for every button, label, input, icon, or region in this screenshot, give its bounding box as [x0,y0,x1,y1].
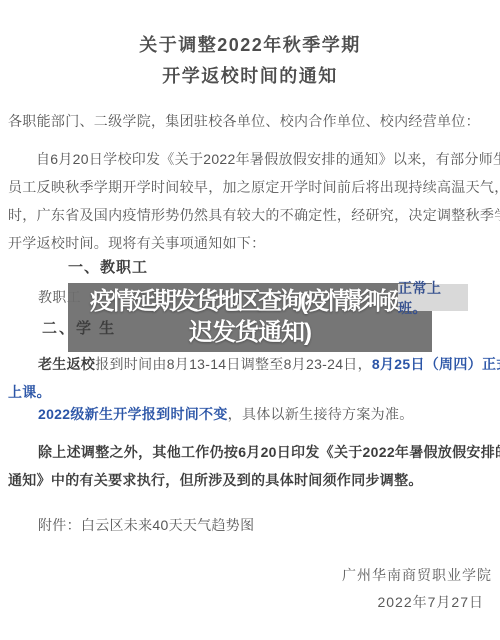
intro-line-1: 自6月20日学校印发《关于2022年暑假放假安排的通知》以来，有部分师生 [36,149,500,169]
freshmen-line: 2022级新生开学报到时间不变，具体以新生接待方案为准。 [38,404,414,424]
old-students-blue: 8月25日（周四）正式 [372,356,500,372]
caption-line1: 疫情延期发货地区查询(疫情影响延 [90,287,410,317]
signature-org: 广州华南商贸职业学院 [342,565,492,585]
attachment-line: 附件：白云区未来40天天气趋势图 [38,515,254,535]
staff-line-patch: 正常上班。 [398,284,468,311]
section-heading-staff: 一、教职工 [68,256,148,277]
other-work-line-1: 除上述调整之外，其他工作仍按6月20日印发《关于2022年暑假放假安排的 [38,442,500,462]
staff-line-fragment-right: 正常上班。 [398,278,468,318]
caption-line2: 迟发货通知) [189,317,311,348]
caption-overlay: 疫情延期发货地区查询(疫情影响延 迟发货通知) [68,283,432,352]
intro-line-4: 开学返校时间。现将有关事项通知如下： [8,233,265,253]
freshmen-regular: ，具体以新生接待方案为准。 [228,406,414,422]
old-students-bold: 老生返校 [38,356,95,372]
notice-document: 关于调整2022年秋季学期 开学返校时间的通知 各职能部门、二级学院，集团驻校各… [0,0,500,640]
salutation: 各职能部门、二级学院，集团驻校各单位、校内合作单位、校内经营单位： [8,111,480,131]
intro-line-2: 员工反映秋季学期开学时间较早，加之原定开学时间前后将出现持续高温天气，同 [8,177,500,197]
notice-title-line1: 关于调整2022年秋季学期 [0,31,500,57]
signature-date: 2022年7月27日 [377,592,484,612]
old-students-continuation: 上课。 [8,382,51,402]
section-heading-students: 二、学 生 [42,317,116,338]
other-work-line-2: 通知》中的有关要求执行，但所涉及到的具体时间须作同步调整。 [8,470,423,490]
old-students-line: 老生返校报到时间由8月13-14日调整至8月23-24日，8月25日（周四）正式 [38,354,500,374]
intro-line-3: 时，广东省及国内疫情形势仍然具有较大的不确定性，经研究，决定调整秋季学期 [8,205,500,225]
freshmen-blue: 2022级新生开学报到时间不变 [38,406,228,422]
notice-title-line2: 开学返校时间的通知 [0,62,500,88]
old-students-regular: 报到时间由8月13-14日调整至8月23-24日， [95,356,372,372]
